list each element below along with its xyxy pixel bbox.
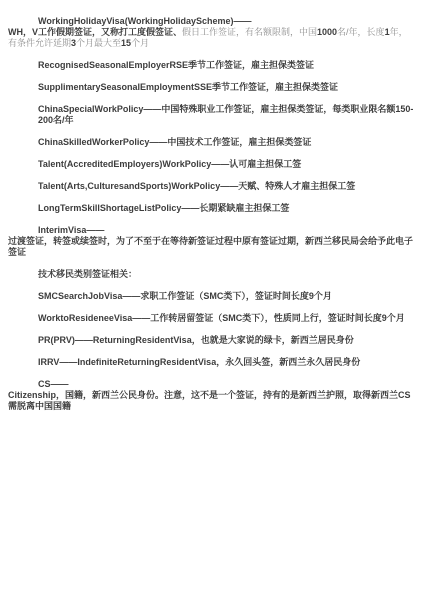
text-line: RecognisedSeasonalEmployerRSE季节工作签证，雇主担保… <box>8 60 415 71</box>
text-run: IRRV——IndefiniteReturningResidentVisa，永久… <box>38 357 360 367</box>
text-run: WorkingHolidayVisa(WorkingHolidayScheme)… <box>38 16 252 26</box>
text-run: 假日工作签证，有名额限制，中国 <box>182 27 317 37</box>
text-run: PR(PRV)——ReturningResidentVisa，也就是大家说的绿卡… <box>38 335 354 345</box>
text-run: 15 <box>121 38 131 48</box>
text-run: SMCSearchJobVisa——求职工作签证（SMC类下），签证时间长度9个… <box>38 291 332 301</box>
text-line: 过渡签证，转签或续签时，为了不至于在等待新签证过程中原有签证过期，新西兰移民局会… <box>8 236 415 258</box>
text-line: LongTermSkillShortageListPolicy——长期紧缺雇主担… <box>8 203 415 214</box>
text-run: SupplimentarySeasonalEmploymentSSE季节工作签证… <box>38 82 338 92</box>
text-run: WH，V工作假期签证，又称打工度假签证、 <box>8 27 182 37</box>
text-line: Talent(AccreditedEmployers)WorkPolicy——认… <box>8 159 415 170</box>
text-run: InterimVisa—— <box>38 225 104 235</box>
text-run: LongTermSkillShortageListPolicy——长期紧缺雇主担… <box>38 203 289 213</box>
text-run: 个月 <box>131 38 149 48</box>
text-line: WH，V工作假期签证，又称打工度假签证、假日工作签证，有名额限制，中国1000名… <box>8 27 415 49</box>
text-run: 技术移民类别签证相关： <box>38 269 137 279</box>
document-page: WorkingHolidayVisa(WorkingHolidayScheme)… <box>0 0 423 600</box>
text-run: RecognisedSeasonalEmployerRSE季节工作签证，雇主担保… <box>38 60 314 70</box>
text-line: SupplimentarySeasonalEmploymentSSE季节工作签证… <box>8 82 415 93</box>
text-line: IRRV——IndefiniteReturningResidentVisa，永久… <box>8 357 415 368</box>
text-line: PR(PRV)——ReturningResidentVisa，也就是大家说的绿卡… <box>8 335 415 346</box>
text-line: CS—— <box>8 379 415 390</box>
text-run: 1000 <box>317 27 337 37</box>
text-line: InterimVisa—— <box>8 225 415 236</box>
text-run: CS—— <box>38 379 69 389</box>
document-body: WorkingHolidayVisa(WorkingHolidayScheme)… <box>8 16 415 412</box>
text-run: Talent(Arts,CulturesandSports)WorkPolicy… <box>38 181 355 191</box>
text-line: ChinaSpecialWorkPolicy——中国特殊职业工作签证，雇主担保类… <box>8 104 415 126</box>
text-run: 过渡签证，转签或续签时，为了不至于在等待新签证过程中原有签证过期，新西兰移民局会… <box>8 236 413 257</box>
text-run: Citizenship，国籍，新西兰公民身份。注意，这不是一个签证，持有的是新西… <box>8 390 411 411</box>
text-run: Talent(AccreditedEmployers)WorkPolicy——认… <box>38 159 301 169</box>
text-line: SMCSearchJobVisa——求职工作签证（SMC类下），签证时间长度9个… <box>8 291 415 302</box>
text-line: WorktoResideneeVisa——工作转居留签证（SMC类下），性质同上… <box>8 313 415 324</box>
text-line: Talent(Arts,CulturesandSports)WorkPolicy… <box>8 181 415 192</box>
text-line: ChinaSkilledWorkerPolicy——中国技术工作签证，雇主担保类… <box>8 137 415 148</box>
text-run: 名/年，长度 <box>337 27 385 37</box>
text-line: Citizenship，国籍，新西兰公民身份。注意，这不是一个签证，持有的是新西… <box>8 390 415 412</box>
text-run: WorktoResideneeVisa——工作转居留签证（SMC类下），性质同上… <box>38 313 405 323</box>
text-line: WorkingHolidayVisa(WorkingHolidayScheme)… <box>8 16 415 27</box>
text-line: 技术移民类别签证相关： <box>8 269 415 280</box>
text-run: ChinaSpecialWorkPolicy——中国特殊职业工作签证，雇主担保类… <box>38 104 413 125</box>
text-run: ChinaSkilledWorkerPolicy——中国技术工作签证，雇主担保类… <box>38 137 311 147</box>
text-run: 个月最大至 <box>76 38 121 48</box>
